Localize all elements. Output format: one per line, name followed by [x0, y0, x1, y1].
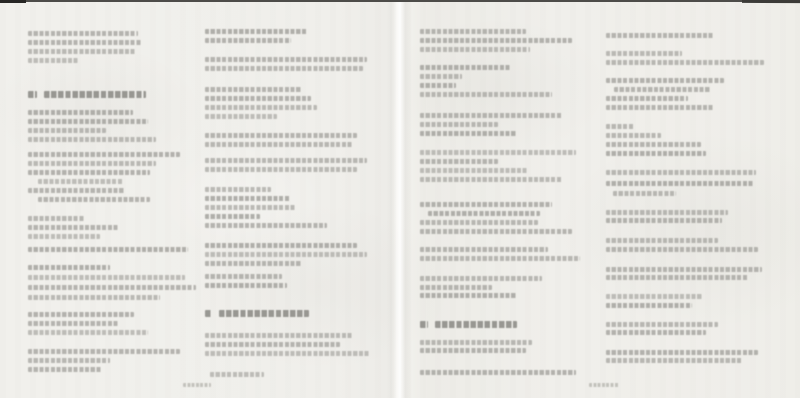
lyric-line: [205, 96, 311, 101]
lyric-line: [420, 256, 580, 261]
lyric-line: [614, 87, 710, 92]
song-title-heading: [219, 310, 309, 317]
lyric-line: [28, 295, 160, 300]
scan-edge-top-right: [742, 0, 800, 3]
lyric-line: [205, 333, 353, 338]
lyric-line: [205, 283, 287, 288]
lyric-line: [205, 29, 307, 34]
lyric-line: [205, 66, 363, 71]
lyric-line: [205, 187, 271, 192]
lyric-line: [28, 49, 136, 54]
lyric-line: [210, 372, 264, 377]
lyric-line: [606, 124, 634, 129]
lyric-line: [38, 197, 150, 202]
track-number-mark: [420, 321, 428, 328]
lyric-line: [205, 223, 327, 228]
lyric-line: [205, 133, 357, 138]
lyric-line: [28, 137, 156, 142]
lyric-line: [613, 191, 676, 196]
lyric-line: [28, 330, 148, 335]
lyric-line: [28, 265, 110, 270]
lyric-line: [606, 350, 758, 355]
lyric-line: [205, 274, 282, 279]
lyric-line: [205, 342, 340, 347]
lyric-line: [606, 247, 758, 252]
booklet-page-left: [0, 0, 398, 398]
lyric-line: [205, 38, 291, 43]
lyric-line: [205, 57, 367, 62]
lyric-line: [606, 218, 722, 223]
lyric-line: [420, 113, 562, 118]
lyric-line: [420, 47, 530, 52]
lyric-line: [606, 105, 714, 110]
song-title-heading: [44, 91, 146, 98]
lyric-line: [205, 167, 357, 172]
lyric-line: [28, 275, 185, 280]
lyric-line: [606, 33, 714, 38]
lyric-line: [205, 261, 301, 266]
lyric-line: [606, 181, 754, 186]
lyric-line: [28, 216, 84, 221]
lyric-line: [606, 133, 661, 138]
lyric-line: [420, 122, 498, 127]
lyric-line: [28, 110, 133, 115]
lyric-line: [205, 87, 301, 92]
lyric-line: [28, 234, 100, 239]
lyric-line: [28, 152, 180, 157]
lyric-line: [205, 214, 260, 219]
lyric-line: [28, 128, 106, 133]
lyric-line: [420, 29, 526, 34]
lyric-line: [606, 151, 706, 156]
lyric-line: [420, 83, 456, 88]
lyric-line: [28, 170, 150, 175]
lyric-line: [420, 285, 492, 290]
page-footer-text: [183, 383, 211, 387]
lyric-line: [205, 351, 370, 356]
page-footer-text: [589, 383, 619, 387]
lyric-line: [420, 92, 552, 97]
booklet-scan: [0, 0, 800, 398]
lyric-line: [420, 150, 576, 155]
song-title-heading: [435, 321, 517, 328]
lyric-line: [606, 238, 718, 243]
lyric-line: [205, 158, 367, 163]
lyric-line: [205, 252, 367, 257]
lyric-line: [28, 367, 102, 372]
lyric-line: [606, 210, 728, 215]
lyric-line: [28, 40, 141, 45]
scan-edge-top-left: [0, 0, 26, 3]
lyric-line: [28, 358, 110, 363]
lyric-line: [420, 276, 542, 281]
lyric-line: [420, 340, 532, 345]
lyric-line: [205, 205, 295, 210]
lyric-line: [205, 142, 353, 147]
lyric-line: [28, 31, 138, 36]
lyric-line: [205, 196, 290, 201]
scan-edge-top: [0, 0, 800, 2]
lyric-line: [28, 119, 148, 124]
lyric-line: [28, 349, 180, 354]
lyric-line: [420, 247, 548, 252]
lyric-line: [606, 275, 748, 280]
lyric-line: [606, 78, 724, 83]
lyric-line: [420, 131, 516, 136]
track-number-mark: [205, 310, 212, 317]
lyric-line: [606, 330, 706, 335]
lyric-line: [28, 161, 156, 166]
lyric-line: [606, 96, 688, 101]
lyric-line: [28, 285, 196, 290]
lyric-line: [606, 142, 701, 147]
lyric-line: [420, 202, 552, 207]
lyric-line: [606, 60, 764, 65]
lyric-line: [28, 321, 118, 326]
lyric-line: [606, 322, 718, 327]
lyric-line: [606, 358, 742, 363]
lyric-line: [420, 348, 526, 353]
lyric-line: [38, 179, 123, 184]
lyric-line: [420, 229, 572, 234]
lyric-line: [420, 65, 510, 70]
lyric-line: [28, 188, 125, 193]
lyric-line: [205, 114, 277, 119]
lyric-line: [205, 243, 357, 248]
lyric-line: [420, 159, 498, 164]
lyric-line: [28, 312, 134, 317]
booklet-page-right: [398, 0, 800, 398]
lyric-line: [606, 170, 756, 175]
lyric-line: [420, 220, 538, 225]
lyric-line: [28, 225, 118, 230]
lyric-line: [606, 267, 762, 272]
lyric-line: [28, 58, 78, 63]
lyric-line: [420, 370, 576, 375]
lyric-line: [606, 303, 692, 308]
lyric-line: [420, 38, 572, 43]
lyric-line: [420, 177, 562, 182]
lyric-line: [606, 294, 702, 299]
lyric-line: [606, 51, 682, 56]
lyric-line: [205, 105, 317, 110]
lyric-line: [420, 168, 528, 173]
lyric-line: [28, 247, 188, 252]
lyric-line: [420, 74, 462, 79]
track-number-mark: [28, 91, 37, 98]
lyric-line: [420, 293, 516, 298]
lyric-line: [428, 211, 540, 216]
